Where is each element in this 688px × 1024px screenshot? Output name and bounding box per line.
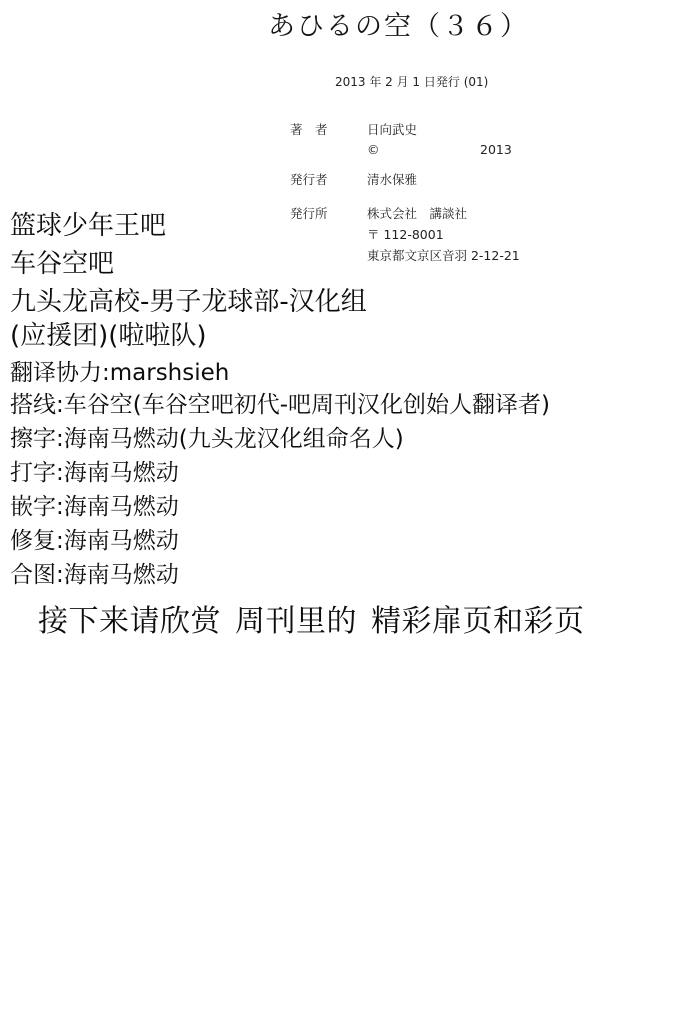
- credit-role: 合图:海南马燃动: [10, 560, 179, 590]
- credit-role: 打字:海南马燃动: [10, 458, 179, 488]
- colophon-value: 〒 112-8001: [367, 225, 444, 243]
- page-title: あひるの空（３６）: [268, 4, 529, 43]
- colophon-value: 東京都文京区音羽 2-12-21: [367, 246, 520, 264]
- colophon-value: 清水保雅: [367, 170, 417, 188]
- colophon-label: 著 者: [290, 120, 360, 138]
- credit-group: (应援团)(啦啦队): [10, 320, 207, 352]
- credit-group: 九头龙高校-男子龙球部-汉化组: [10, 286, 367, 318]
- credit-role: 修复:海南马燃动: [10, 526, 179, 556]
- copyright-year: 2013: [480, 142, 512, 157]
- colophon-value: 株式会社 講談社: [367, 204, 467, 222]
- publication-date: 2013 年 2 月 1 日発行 (01): [335, 73, 488, 90]
- credit-group: 车谷空吧: [10, 248, 114, 280]
- closing-part: 接下来请欣赏: [38, 604, 221, 639]
- colophon-label: 発行者: [290, 170, 360, 188]
- credit-group: 篮球少年王吧: [10, 210, 166, 242]
- copyright-symbol: ©: [367, 142, 380, 157]
- credit-role: 搭线:车谷空(车谷空吧初代-吧周刊汉化创始人翻译者): [10, 390, 550, 420]
- credit-role: 擦字:海南马燃动(九头龙汉化组命名人): [10, 424, 404, 454]
- closing-message: 接下来请欣赏周刊里的精彩扉页和彩页: [38, 596, 599, 640]
- closing-part: 精彩扉页和彩页: [371, 604, 585, 639]
- colophon-label: 発行所: [290, 204, 360, 222]
- credit-role: 嵌字:海南马燃动: [10, 492, 179, 522]
- colophon-value: 日向武史: [367, 120, 417, 138]
- credit-role: 翻译协力:marshsieh: [10, 358, 229, 388]
- closing-part: 周刊里的: [235, 604, 357, 639]
